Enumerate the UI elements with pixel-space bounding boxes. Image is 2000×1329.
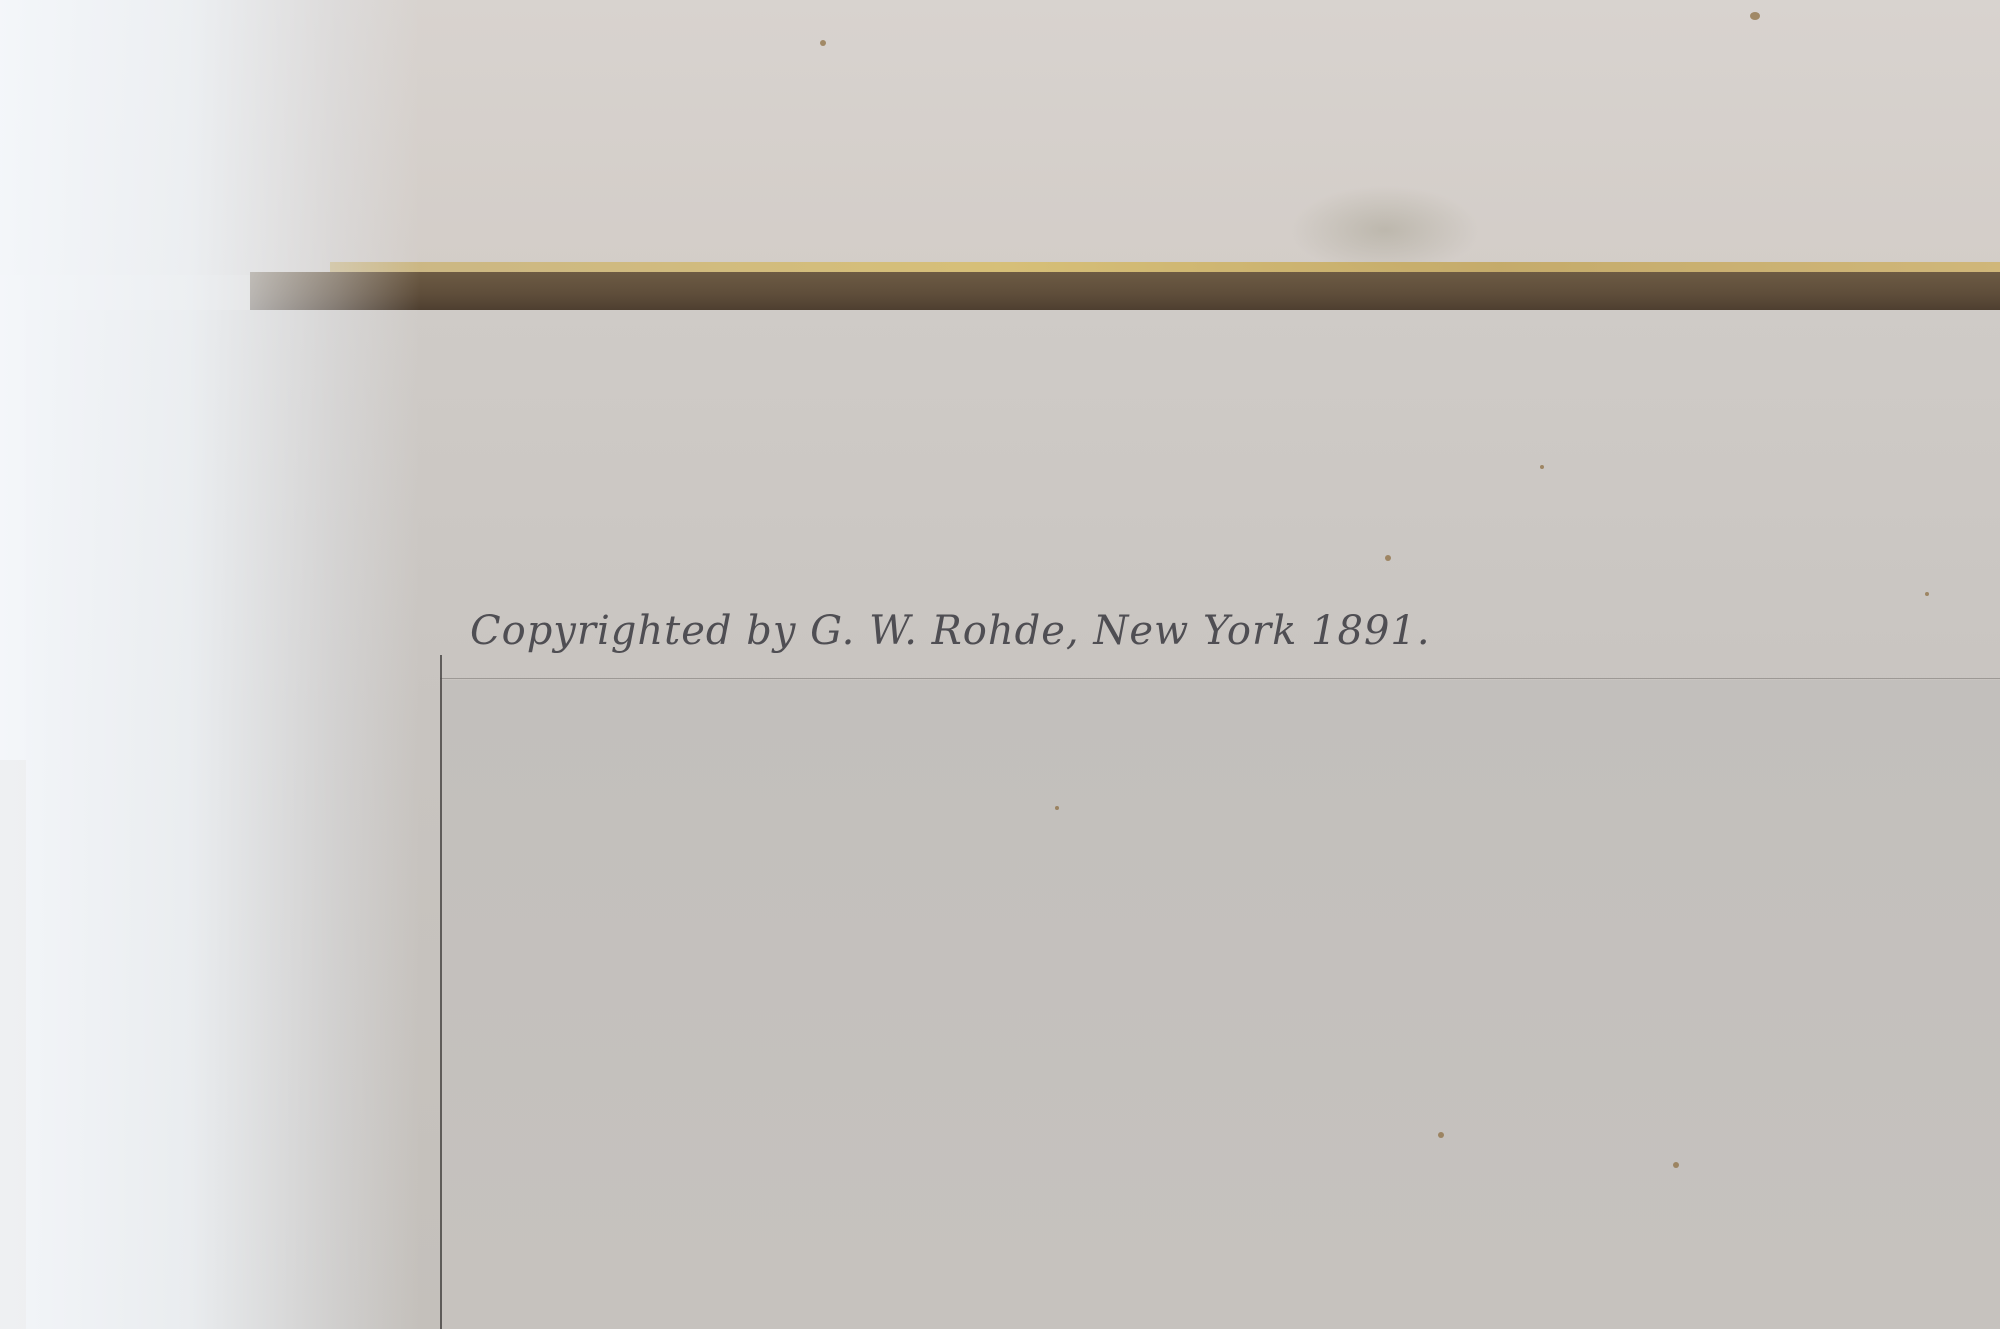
frame-bar-top: [250, 272, 2000, 310]
gilt-edge: [330, 262, 2000, 272]
foxing-spot: [1673, 1162, 1679, 1168]
foxing-spot: [1925, 592, 1929, 596]
mat-board: [0, 0, 2000, 275]
foxing-spot: [820, 40, 826, 46]
foxing-spot: [1750, 12, 1760, 20]
foxing-spot: [1055, 806, 1059, 810]
copyright-caption: Copyrighted by G. W. Rohde, New York 189…: [470, 608, 1570, 654]
plate-border-horizontal: [440, 678, 2000, 679]
foxing-spot: [1438, 1132, 1444, 1138]
foxing-spot: [1385, 555, 1391, 561]
plate-border-vertical: [440, 655, 442, 1329]
foxing-spot: [1540, 465, 1544, 469]
frame-bar-left: [0, 760, 26, 1329]
plate-area: [442, 680, 2000, 1329]
